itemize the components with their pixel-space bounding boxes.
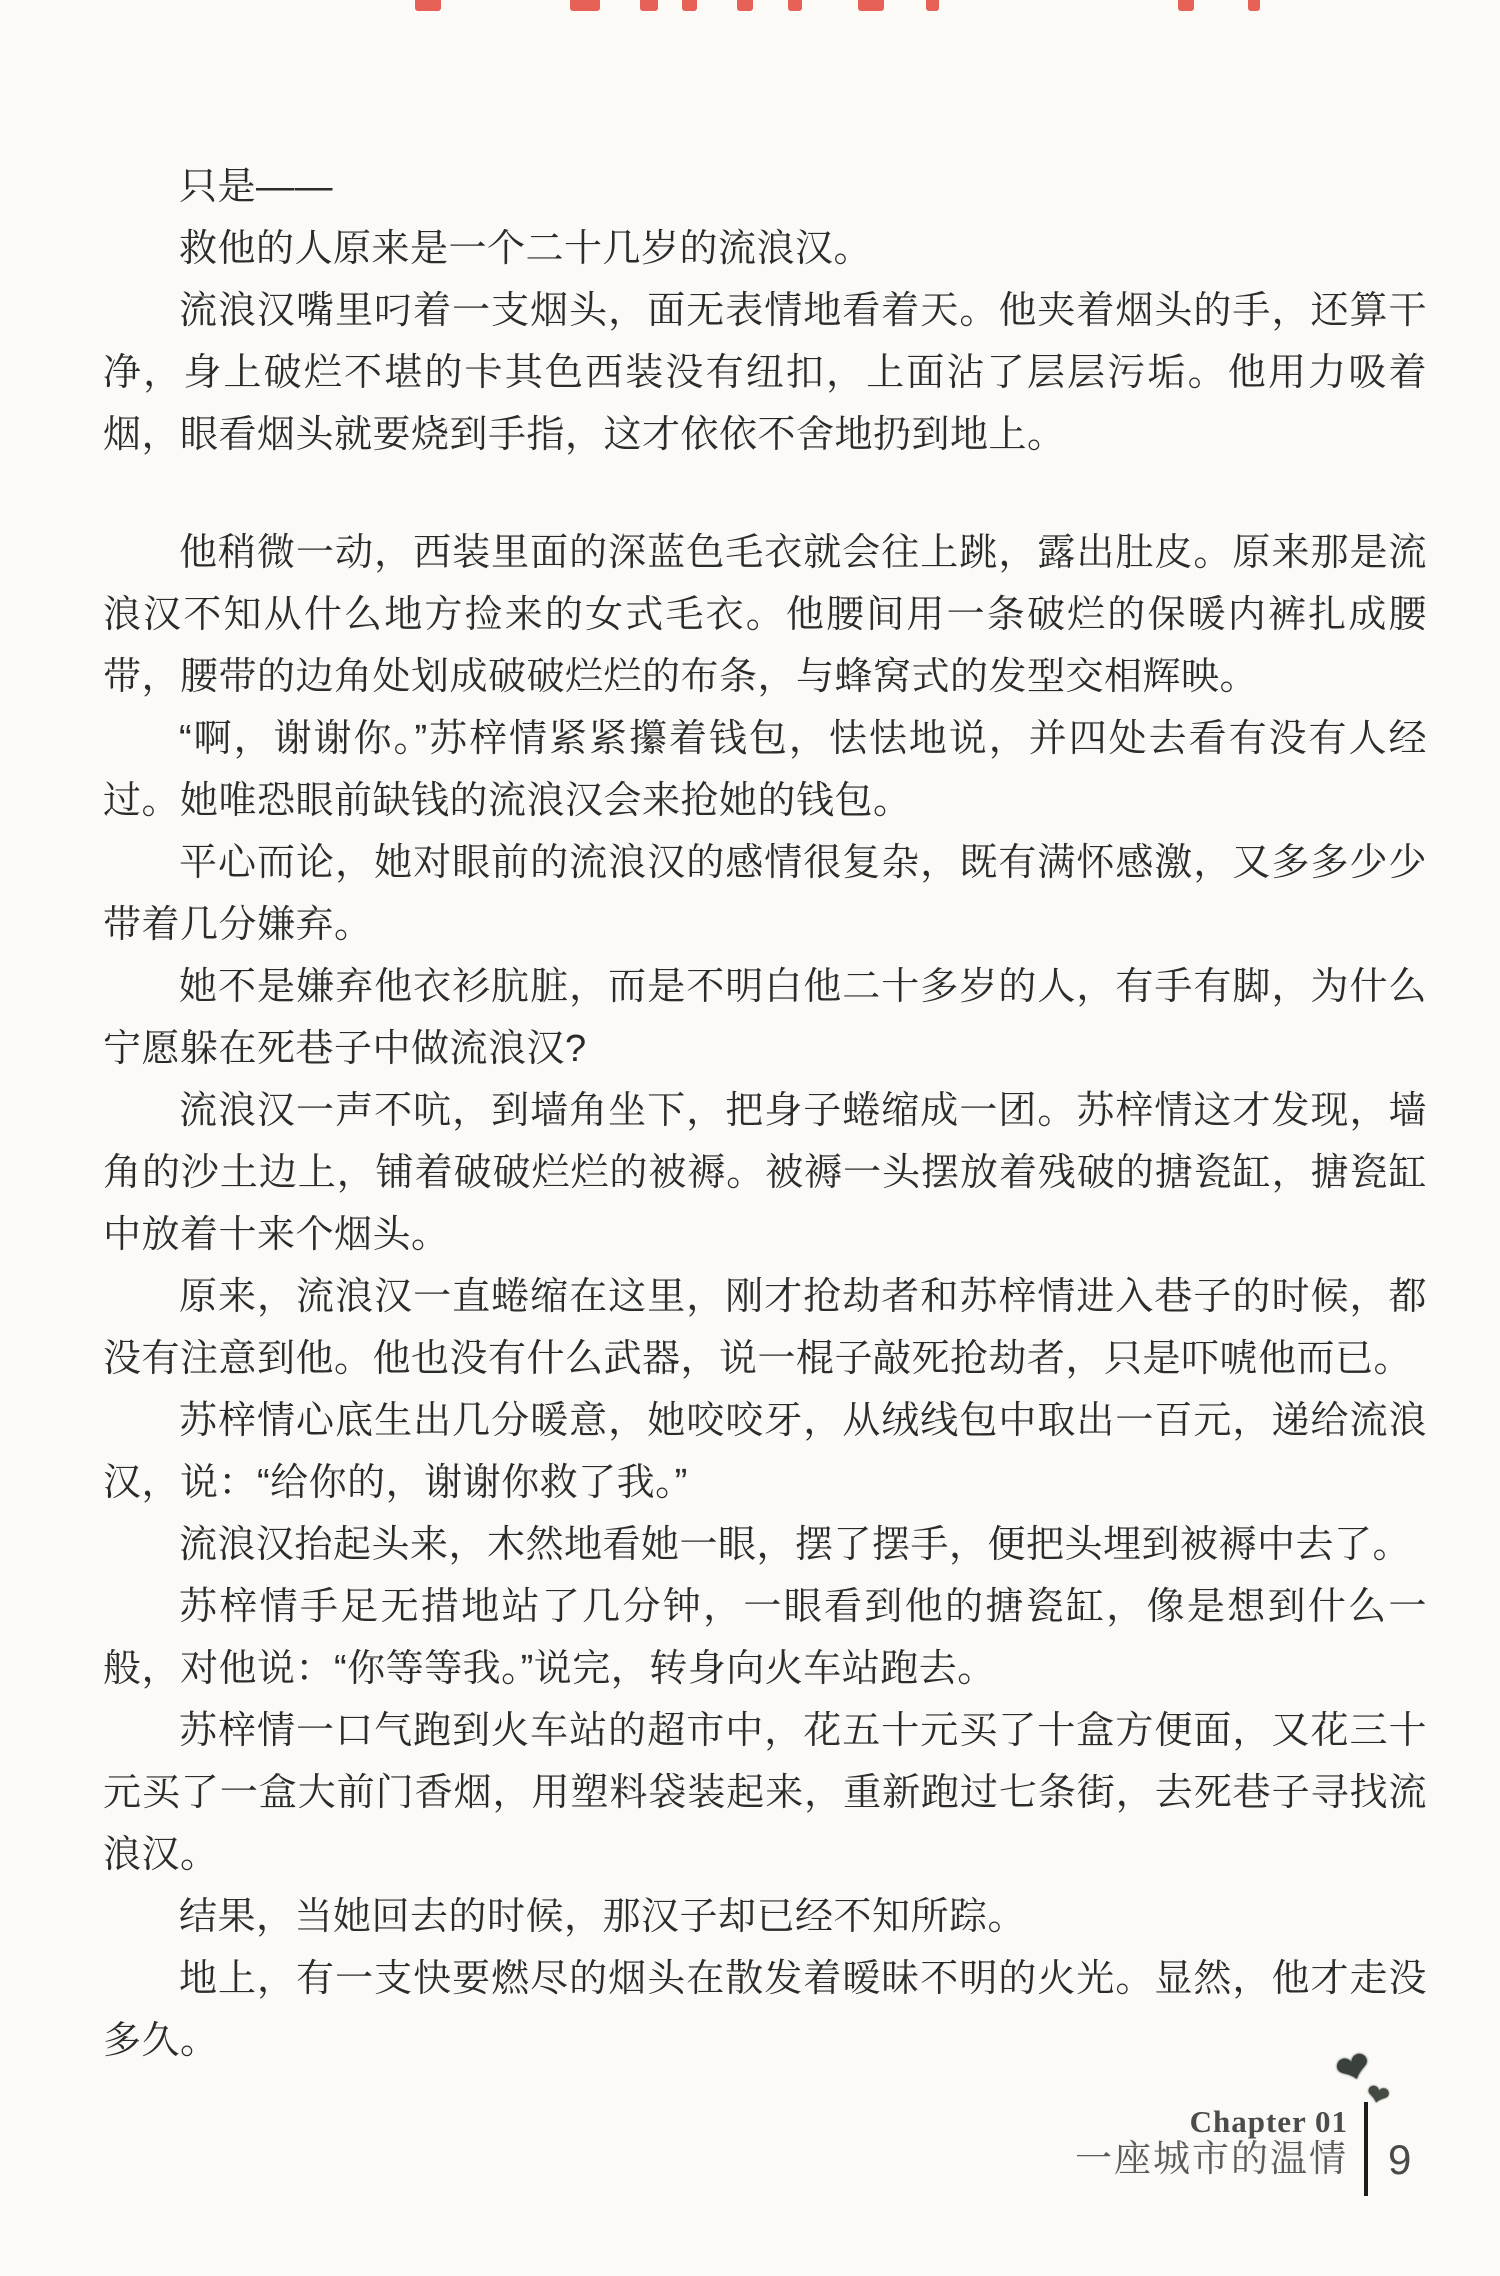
paragraph: 苏梓情一口气跑到火车站的超市中，花五十元买了十盒方便面，又花三十元买了一盒大前门… [103, 1700, 1427, 1886]
page-body-text: 只是—— 救他的人原来是一个二十几岁的流浪汉。 流浪汉嘴里叼着一支烟头，面无表情… [103, 156, 1427, 2072]
scan-artifact-red [788, 0, 802, 11]
paragraph: 原来，流浪汉一直蜷缩在这里，刚才抢劫者和苏梓情进入巷子的时候，都没有注意到他。他… [103, 1266, 1427, 1390]
paragraph: 流浪汉一声不吭，到墙角坐下，把身子蜷缩成一团。苏梓情这才发现，墙角的沙土边上，铺… [103, 1080, 1427, 1266]
paragraph: 平心而论，她对眼前的流浪汉的感情很复杂，既有满怀感激，又多多少少带着几分嫌弃。 [103, 832, 1427, 956]
paragraph: 她不是嫌弃他衣衫肮脏，而是不明白他二十多岁的人，有手有脚，为什么宁愿躲在死巷子中… [103, 956, 1427, 1080]
page-number: 9 [1388, 2136, 1411, 2184]
paragraph: 他稍微一动，西装里面的深蓝色毛衣就会往上跳，露出肚皮。原来那是流浪汉不知从什么地… [103, 522, 1427, 708]
scan-artifact-red [737, 0, 753, 11]
footer-divider [1364, 2102, 1368, 2196]
scan-artifact-red [858, 0, 884, 11]
paragraph: 流浪汉抬起头来，木然地看她一眼，摆了摆手，便把头埋到被褥中去了。 [103, 1514, 1427, 1576]
scan-artifact-red [415, 0, 441, 11]
paragraph: 只是—— [103, 156, 1427, 218]
book-page: 只是—— 救他的人原来是一个二十几岁的流浪汉。 流浪汉嘴里叼着一支烟头，面无表情… [0, 0, 1500, 2276]
paragraph: 地上，有一支快要燃尽的烟头在散发着暧昧不明的火光。显然，他才走没多久。 [103, 1948, 1427, 2072]
scan-artifact-red [926, 0, 939, 11]
footer-chapter-block: Chapter 01 一座城市的温情 [1075, 2106, 1348, 2178]
chapter-label: Chapter 01 [1075, 2106, 1348, 2137]
chapter-title: 一座城市的温情 [1075, 2141, 1348, 2178]
paragraph: “啊，谢谢你。”苏梓情紧紧攥着钱包，怯怯地说，并四处去看有没有人经过。她唯恐眼前… [103, 708, 1427, 832]
scan-artifact-red [640, 0, 658, 11]
scan-artifact-red [570, 0, 600, 11]
paragraph: 流浪汉嘴里叼着一支烟头，面无表情地看着天。他夹着烟头的手，还算干净，身上破烂不堪… [103, 280, 1427, 466]
paragraph: 苏梓情手足无措地站了几分钟，一眼看到他的搪瓷缸，像是想到什么一般，对他说：“你等… [103, 1576, 1427, 1700]
paragraph: 救他的人原来是一个二十几岁的流浪汉。 [103, 218, 1427, 280]
paragraph-break [103, 466, 1427, 522]
scan-artifact-red [682, 0, 697, 11]
scan-artifact-red [1178, 0, 1194, 11]
paragraph: 苏梓情心底生出几分暖意，她咬咬牙，从绒线包中取出一百元，递给流浪汉，说：“给你的… [103, 1390, 1427, 1514]
scan-artifact-red [1248, 0, 1260, 11]
paragraph: 结果，当她回去的时候，那汉子却已经不知所踪。 [103, 1886, 1427, 1948]
